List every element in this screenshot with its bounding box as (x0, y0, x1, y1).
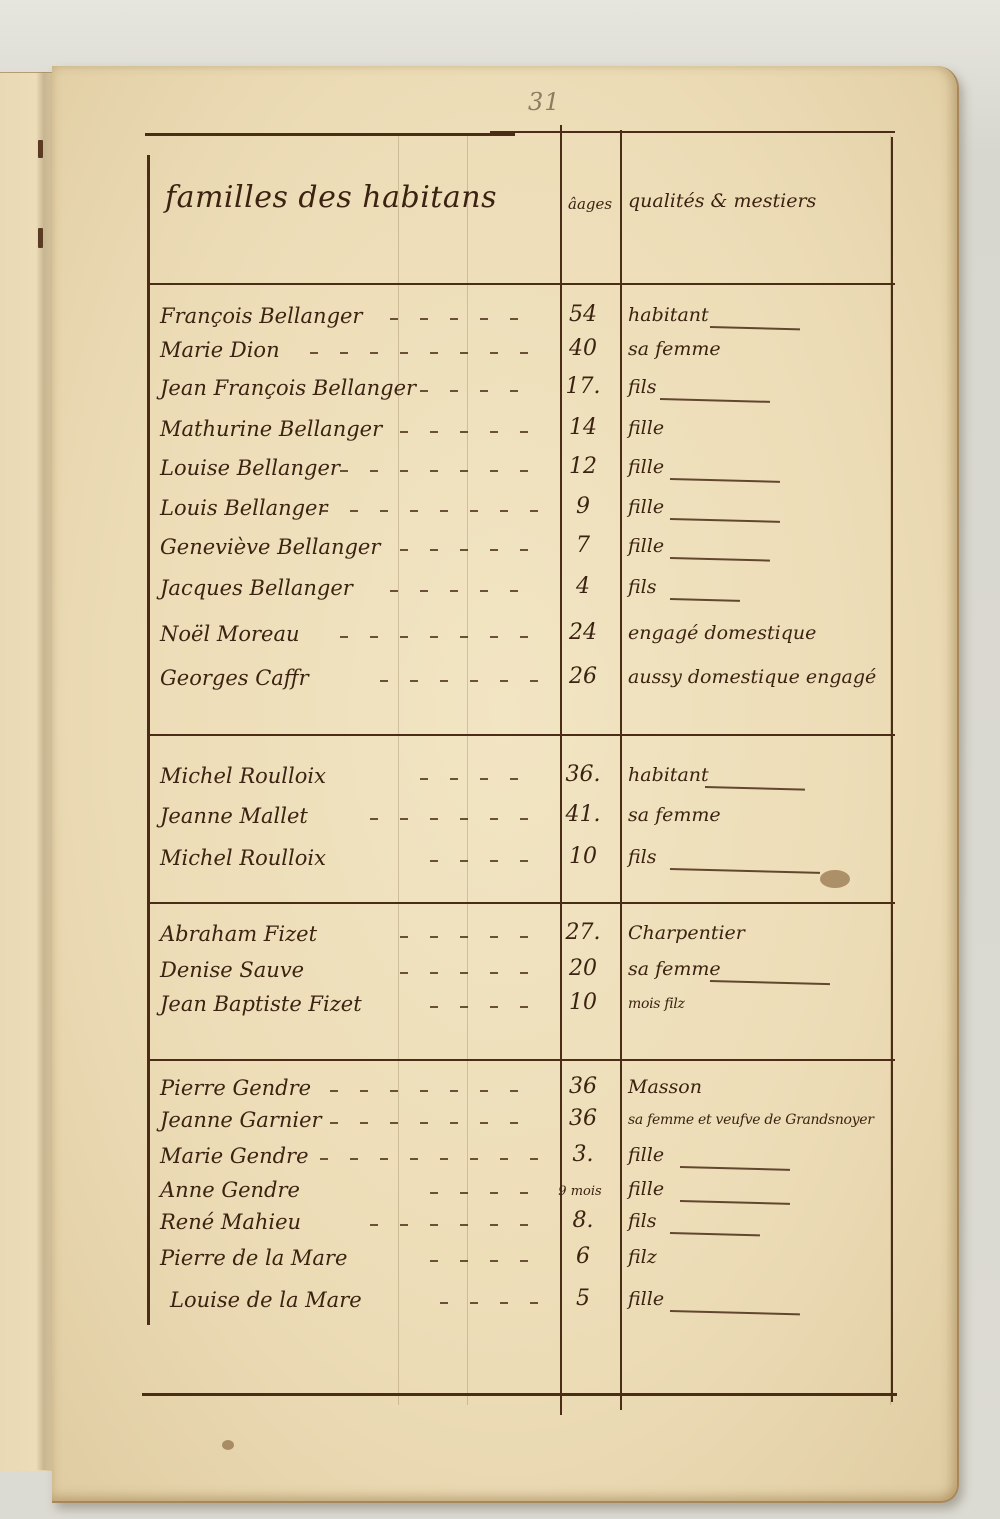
person-quality: fils (628, 1210, 657, 1232)
dotted-leader (400, 936, 540, 938)
person-quality: sa femme (628, 958, 721, 980)
person-name: Louise Bellanger (160, 456, 340, 480)
person-age: 36 (558, 1074, 608, 1099)
dotted-leader (420, 778, 540, 780)
dotted-leader (330, 1090, 540, 1092)
person-quality: Charpentier (628, 922, 745, 944)
person-age: 9 (558, 494, 608, 519)
person-age: 36 (558, 1106, 608, 1131)
binding-thread-mark (38, 228, 43, 248)
person-name: Jean Baptiste Fizet (160, 992, 362, 1016)
person-quality: sa femme (628, 804, 721, 826)
page-number: 31 (528, 88, 561, 116)
person-age: 36. (558, 762, 608, 787)
table-row: Denise Sauve 20 sa femme (150, 954, 895, 990)
table-bottom-rule (142, 1393, 897, 1396)
header-separator-rule (147, 283, 895, 285)
person-quality: aussy domestique engagé (628, 666, 876, 688)
dotted-leader (310, 352, 540, 354)
person-name: Jacques Bellanger (160, 576, 353, 600)
person-age: 6 (558, 1244, 608, 1269)
table-row: Abraham Fizet 27. Charpentier (150, 918, 895, 954)
person-age: 20 (558, 956, 608, 981)
pen-flourish (670, 1232, 760, 1236)
dotted-leader (390, 590, 540, 592)
pen-flourish (680, 1200, 790, 1204)
person-name: Pierre Gendre (160, 1076, 311, 1100)
dotted-leader (370, 818, 530, 820)
paper-stain (222, 1440, 234, 1450)
table-row: Marie Gendre 3. fille (150, 1140, 895, 1176)
person-quality: fils (628, 846, 657, 868)
person-name: Louise de la Mare (170, 1288, 362, 1312)
table-row: Louise de la Mare 5 fille (150, 1284, 895, 1320)
table-row: Louise Bellanger 12 fille (150, 452, 895, 488)
dotted-leader (340, 636, 540, 638)
table-top-rule (145, 133, 515, 136)
person-quality: fille (628, 1178, 664, 1200)
dotted-leader (330, 1122, 540, 1124)
person-quality: fille (628, 535, 664, 557)
pen-flourish (680, 1166, 790, 1170)
book-gutter (36, 72, 52, 1470)
dotted-leader (400, 431, 540, 433)
person-name: Louis Bellanger (160, 496, 328, 520)
pen-flourish (670, 598, 740, 601)
table-row: Geneviève Bellanger 7 fille (150, 531, 895, 567)
person-age: 3. (558, 1142, 608, 1167)
table-row: Georges Caffr 26 aussy domestique engagé (150, 662, 895, 698)
person-name: Georges Caffr (160, 666, 309, 690)
person-age: 24 (558, 620, 608, 645)
table-row: Jeanne Garnier 36 sa femme et veufve de … (150, 1104, 895, 1140)
person-age: 14 (558, 415, 608, 440)
dotted-leader (430, 860, 540, 862)
person-quality: fille (628, 1288, 664, 1310)
table-row: François Bellanger 54 habitant (150, 300, 895, 336)
person-name: Michel Roulloix (160, 764, 326, 788)
person-quality: habitant (628, 304, 709, 326)
person-quality: sa femme et veufve de Grandsnoyer (628, 1112, 874, 1128)
pen-flourish (660, 398, 770, 402)
person-name: Anne Gendre (160, 1178, 300, 1202)
person-name: Pierre de la Mare (160, 1246, 347, 1270)
pen-flourish (670, 557, 770, 561)
pen-flourish (670, 868, 820, 873)
person-age: 8. (558, 1208, 608, 1233)
person-age: 17. (558, 374, 608, 399)
person-quality: mois filz (628, 996, 685, 1012)
dotted-leader (430, 1006, 540, 1008)
table-row: Jean Baptiste Fizet 10 mois filz (150, 988, 895, 1024)
person-name: René Mahieu (160, 1210, 301, 1234)
column-header-quality: qualités & mestiers (628, 190, 816, 212)
person-quality: fille (628, 496, 664, 518)
dotted-leader (420, 390, 540, 392)
table-row: Mathurine Bellanger 14 fille (150, 413, 895, 449)
person-name: Marie Dion (160, 338, 280, 362)
person-quality: habitant (628, 764, 709, 786)
person-name: Michel Roulloix (160, 846, 326, 870)
table-row: Jeanne Mallet 41. sa femme (150, 800, 895, 836)
dotted-leader (370, 1224, 540, 1226)
person-quality: sa femme (628, 338, 721, 360)
table-row: Pierre Gendre 36 Masson (150, 1072, 895, 1108)
pen-flourish (670, 478, 780, 482)
person-quality: filz (628, 1246, 657, 1268)
table-row: Jean François Bellanger 17. fils (150, 372, 895, 408)
person-quality: fils (628, 376, 657, 398)
pen-flourish (670, 1310, 800, 1315)
binding-thread-mark (38, 140, 43, 158)
person-age: 9 mois (555, 1184, 605, 1199)
dotted-leader (430, 1192, 540, 1194)
person-name: Geneviève Bellanger (160, 535, 380, 559)
pen-flourish (705, 786, 805, 790)
person-age: 7 (558, 533, 608, 558)
table-row: René Mahieu 8. fils (150, 1206, 895, 1242)
person-name: Jeanne Garnier (160, 1108, 322, 1132)
person-age: 10 (558, 990, 608, 1015)
person-name: François Bellanger (160, 304, 362, 328)
table-row: Jacques Bellanger 4 fils (150, 572, 895, 608)
table-row: Louis Bellanger 9 fille (150, 492, 895, 528)
dotted-leader (440, 1302, 540, 1304)
dotted-leader (320, 510, 540, 512)
person-quality: fille (628, 456, 664, 478)
person-quality: fille (628, 417, 664, 439)
person-age: 54 (558, 302, 608, 327)
person-name: Jeanne Mallet (160, 804, 308, 828)
paper-stain (820, 870, 850, 888)
table-row: Michel Roulloix 10 fils (150, 842, 895, 878)
person-name: Mathurine Bellanger (160, 417, 382, 441)
pen-flourish (710, 980, 830, 985)
person-age: 27. (558, 920, 608, 945)
column-header-families: familles des habitans (165, 180, 497, 215)
table-row: Noël Moreau 24 engagé domestique (150, 618, 895, 654)
family-separator-rule (147, 902, 895, 904)
table-top-rule (490, 131, 895, 133)
person-quality: fille (628, 1144, 664, 1166)
table-row: Pierre de la Mare 6 filz (150, 1242, 895, 1278)
dotted-leader (380, 680, 540, 682)
person-quality: fils (628, 576, 657, 598)
dotted-leader (320, 1158, 540, 1160)
person-quality: engagé domestique (628, 622, 816, 644)
family-separator-rule (147, 1059, 895, 1061)
person-age: 26 (558, 664, 608, 689)
person-name: Jean François Bellanger (160, 376, 416, 400)
dotted-leader (400, 972, 540, 974)
dotted-leader (430, 1260, 540, 1262)
dotted-leader (400, 549, 540, 551)
column-header-age: âages (568, 195, 612, 213)
person-age: 4 (558, 574, 608, 599)
person-name: Marie Gendre (160, 1144, 309, 1168)
table-row: Marie Dion 40 sa femme (150, 334, 895, 370)
table-row: Anne Gendre 9 mois fille (150, 1174, 895, 1210)
person-name: Denise Sauve (160, 958, 304, 982)
person-quality: Masson (628, 1076, 702, 1098)
family-separator-rule (147, 734, 895, 736)
table-row: Michel Roulloix 36. habitant (150, 760, 895, 796)
dotted-leader (390, 318, 540, 320)
person-name: Abraham Fizet (160, 922, 317, 946)
person-age: 41. (558, 802, 608, 827)
pen-flourish (710, 326, 800, 330)
person-age: 5 (558, 1286, 608, 1311)
person-age: 12 (558, 454, 608, 479)
pen-flourish (670, 518, 780, 522)
person-age: 10 (558, 844, 608, 869)
person-age: 40 (558, 336, 608, 361)
dotted-leader (340, 470, 540, 472)
person-name: Noël Moreau (160, 622, 300, 646)
